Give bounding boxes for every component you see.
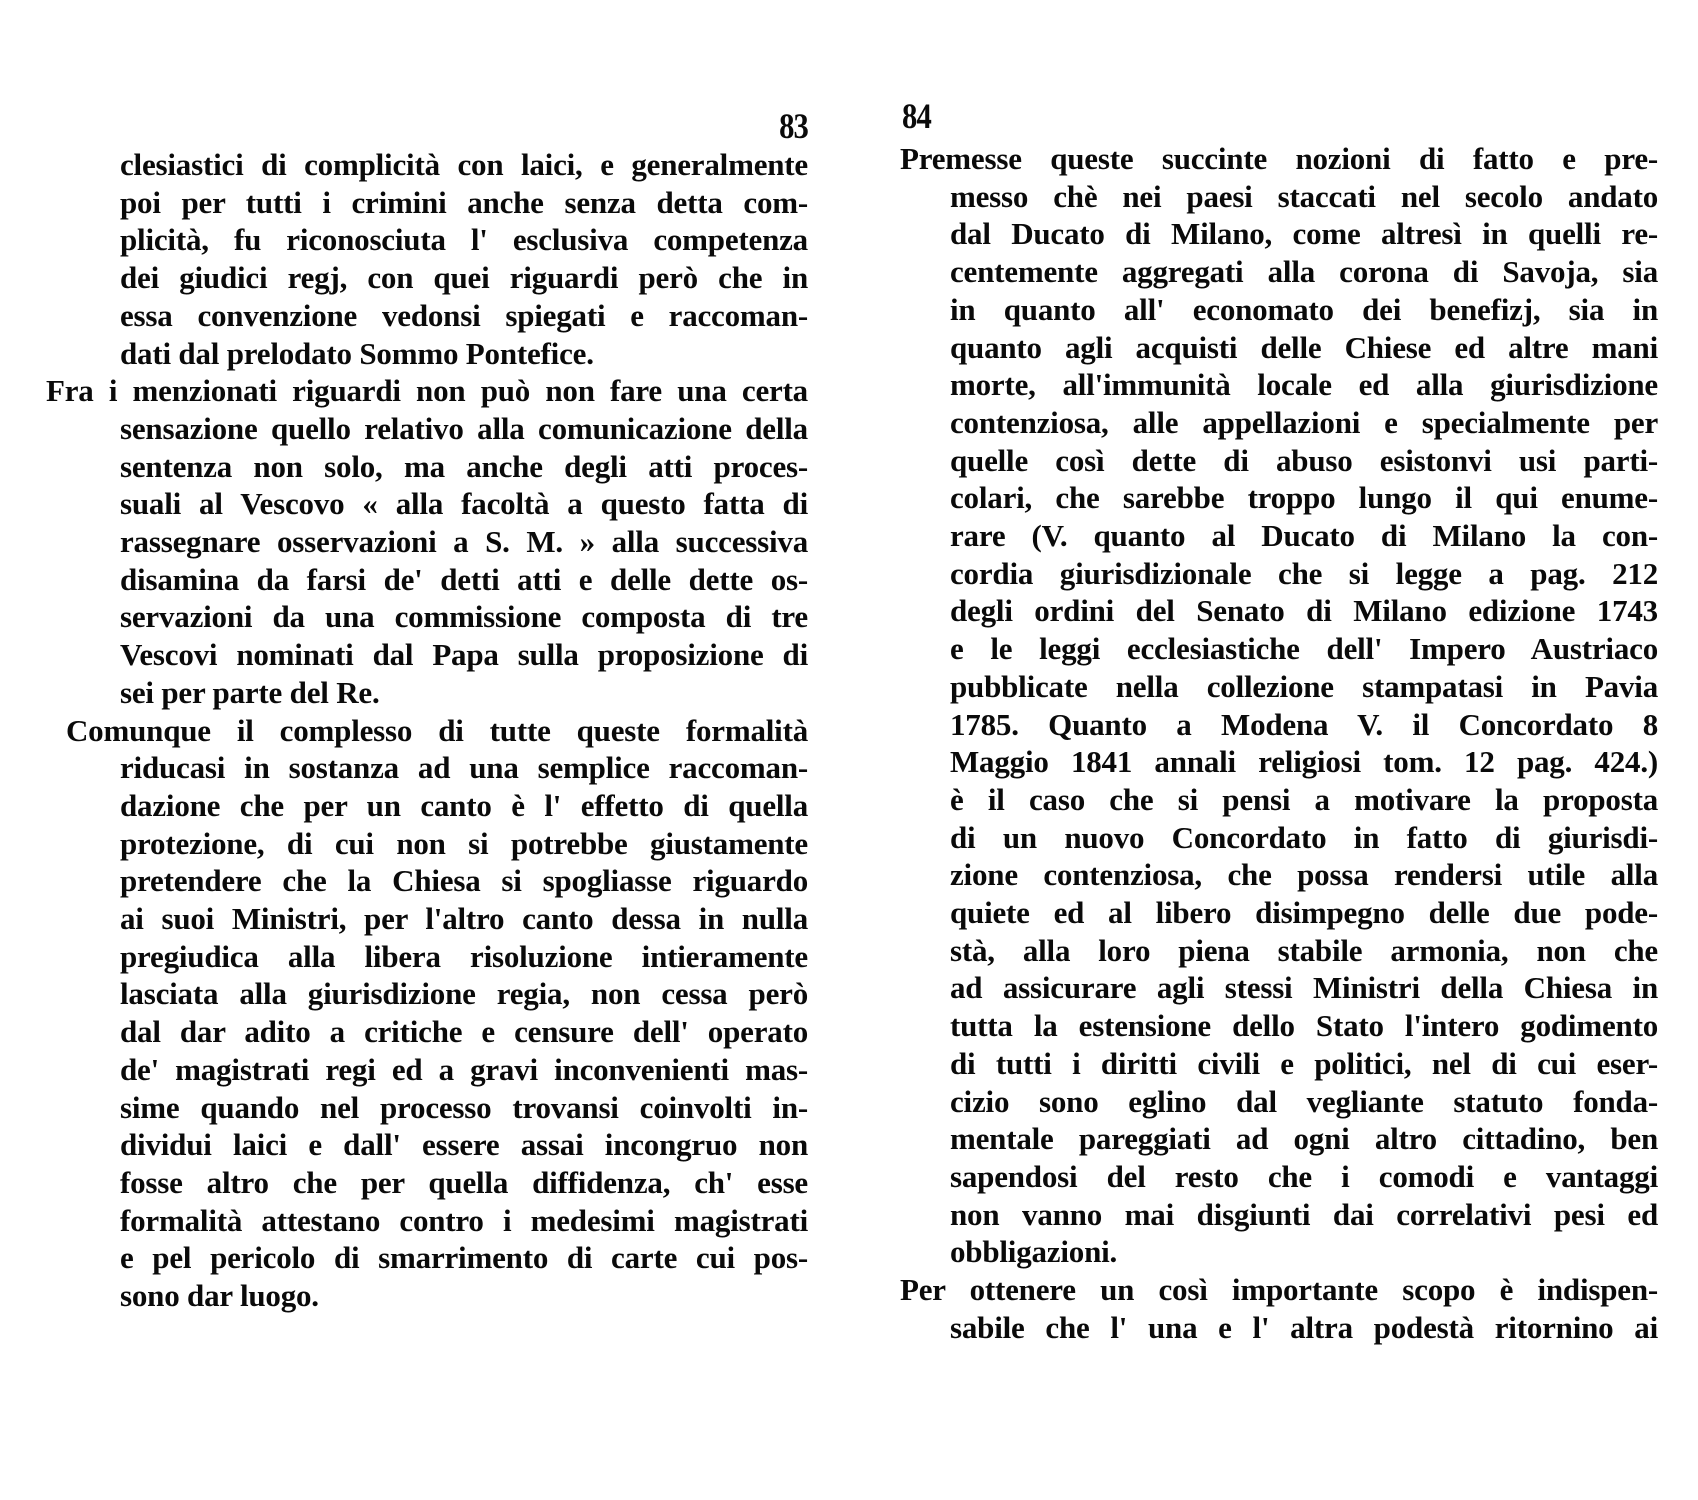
text-line: plicità, fu riconosciuta l' esclusiva co… [120,221,808,259]
text-line: Maggio 1841 annali religiosi tom. 12 pag… [950,743,1658,781]
text-line: protezione, di cui non si potrebbe giust… [120,825,808,863]
text-line: centemente aggregati alla corona di Savo… [950,253,1658,291]
text-line: e pel pericolo di smarrimento di carte c… [120,1239,808,1277]
text-line: obbligazioni. [950,1233,1658,1271]
page-number-left: 83 [779,108,808,144]
text-line: rassegnare osservazioni a S. M. » alla s… [120,523,808,561]
text-line: lasciata alla giurisdizione regia, non c… [120,975,808,1013]
text-line: dei giudici regj, con quei riguardi però… [120,259,808,297]
text-line: zione contenziosa, che possa rendersi ut… [950,856,1658,894]
text-line: e le leggi ecclesiastiche dell' Impero A… [950,630,1658,668]
text-line: fosse altro che per quella diffidenza, c… [120,1164,808,1202]
text-line: pretendere che la Chiesa si spogliasse r… [120,862,808,900]
left-page-body: clesiastici di complicità con laici, e g… [46,146,808,1315]
text-line: ai suoi Ministri, per l'altro canto dess… [120,900,808,938]
text-line: formalità attestano contro i medesimi ma… [120,1202,808,1240]
text-line: quiete ed al libero disimpegno delle due… [950,894,1658,932]
right-page: 84 Premesse queste succinte nozioni di f… [880,0,1698,1500]
text-line: non vanno mai disgiunti dai correlativi … [950,1196,1658,1234]
text-line: sime quando nel processo trovansi coinvo… [120,1089,808,1127]
text-line: è il caso che si pensi a motivare la pro… [950,781,1658,819]
text-line: pregiudica alla libera risoluzione intie… [120,938,808,976]
text-line: di un nuovo Concordato in fatto di giuri… [950,819,1658,857]
text-line: ad assicurare agli stessi Ministri della… [950,969,1658,1007]
text-line: Premesse queste succinte nozioni di fatt… [900,140,1658,178]
text-line: degli ordini del Senato di Milano edizio… [950,592,1658,630]
text-line: di tutti i diritti civili e politici, ne… [950,1045,1658,1083]
text-line: tutta la estensione dello Stato l'intero… [950,1007,1658,1045]
text-line: de' magistrati regi ed a gravi inconveni… [120,1051,808,1089]
text-line: poi per tutti i crimini anche senza dett… [120,184,808,222]
text-line: contenziosa, alle appellazioni e special… [950,404,1658,442]
text-line: quanto agli acquisti delle Chiese ed alt… [950,329,1658,367]
text-line: morte, all'immunità locale ed alla giuri… [950,366,1658,404]
text-line: dazione che per un canto è l' effetto di… [120,787,808,825]
page-number-right: 84 [902,98,931,134]
text-line: riducasi in sostanza ad una semplice rac… [120,749,808,787]
text-line: dal Ducato di Milano, come altresì in qu… [950,215,1658,253]
text-line: sei per parte del Re. [120,674,808,712]
text-line: in quanto all' economato dei benefizj, s… [950,291,1658,329]
text-line: mentale pareggiati ad ogni altro cittadi… [950,1120,1658,1158]
text-line: 1785. Quanto a Modena V. il Concordato 8 [950,706,1658,744]
text-line: essa convenzione vedonsi spiegati e racc… [120,297,808,335]
text-line: clesiastici di complicità con laici, e g… [120,146,808,184]
text-line: Fra i menzionati riguardi non può non fa… [46,372,808,410]
left-page: 83 clesiastici di complicità con laici, … [0,0,830,1500]
text-line: dividui laici e dall' essere assai incon… [120,1126,808,1164]
text-line: dal dar adito a critiche e censure dell'… [120,1013,808,1051]
text-line: servazioni da una commissione composta d… [120,598,808,636]
text-line: colari, che sarebbe troppo lungo il qui … [950,479,1658,517]
text-line: Comunque il complesso di tutte queste fo… [66,712,808,750]
text-line: cizio sono eglino dal vegliante statuto … [950,1083,1658,1121]
text-line: sensazione quello relativo alla comunica… [120,410,808,448]
text-line: rare (V. quanto al Ducato di Milano la c… [950,517,1658,555]
text-line: suali al Vescovo « alla facoltà a questo… [120,485,808,523]
text-line: sapendosi del resto che i comodi e vanta… [950,1158,1658,1196]
text-line: Vescovi nominati dal Papa sulla proposiz… [120,636,808,674]
text-line: dati dal prelodato Sommo Pontefice. [120,335,808,373]
right-page-body: Premesse queste succinte nozioni di fatt… [900,140,1658,1347]
text-line: Per ottenere un così importante scopo è … [900,1271,1658,1309]
text-line: cordia giurisdizionale che si legge a pa… [950,555,1658,593]
text-line: quelle così dette di abuso esistonvi usi… [950,442,1658,480]
text-line: sabile che l' una e l' altra podestà rit… [950,1309,1658,1347]
text-line: sono dar luogo. [120,1277,808,1315]
text-line: messo chè nei paesi staccati nel secolo … [950,178,1658,216]
text-line: sentenza non solo, ma anche degli atti p… [120,448,808,486]
text-line: disamina da farsi de' detti atti e delle… [120,561,808,599]
text-line: stà, alla loro piena stabile armonia, no… [950,932,1658,970]
text-line: pubblicate nella collezione stampatasi i… [950,668,1658,706]
